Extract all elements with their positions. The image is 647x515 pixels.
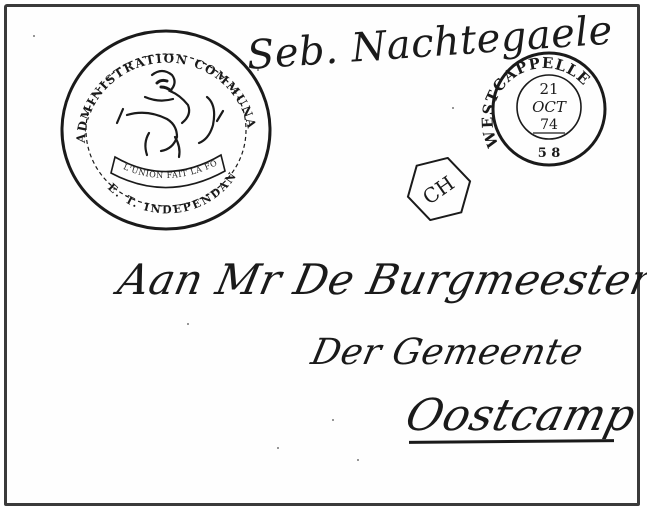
- postmark-graphic: WESTCAPPELLE 21 OCT 74 5 8: [477, 49, 609, 171]
- seal-graphic: ADMINISTRATION COMMUNALE DE KNOCKE E. T.…: [57, 25, 275, 235]
- speck: [452, 107, 454, 109]
- postmark-month: OCT: [532, 98, 567, 116]
- address-underline: [409, 439, 614, 444]
- speck: [277, 447, 279, 449]
- seal-top-text: ADMINISTRATION COMMUNALE DE KNOCKE: [57, 25, 259, 144]
- postmark-code: 5 8: [538, 146, 561, 161]
- postmark-year: 74: [540, 117, 558, 133]
- hexagon-ch-mark: CH: [403, 157, 473, 221]
- postmark-day: 21: [539, 80, 558, 98]
- postmark: WESTCAPPELLE 21 OCT 74 5 8: [477, 49, 609, 171]
- speck: [187, 323, 189, 325]
- lion-icon: [117, 71, 223, 157]
- hexagon-icon: CH: [403, 157, 473, 221]
- address-line-2: Der Gemeente: [308, 332, 587, 373]
- address-line-3: Oostcamp: [401, 390, 641, 441]
- hex-mark-text: CH: [418, 171, 459, 209]
- speck: [33, 35, 35, 37]
- municipal-seal: ADMINISTRATION COMMUNALE DE KNOCKE E. T.…: [57, 25, 275, 235]
- svg-text:L'UNION FAIT LA FORCE: L'UNION FAIT LA FORCE: [57, 25, 219, 180]
- envelope: ADMINISTRATION COMMUNALE DE KNOCKE E. T.…: [4, 4, 640, 506]
- address-line-1: Aan Mr De Burgmeester: [114, 255, 647, 304]
- seal-ribbon-text: L'UNION FAIT LA FORCE: [57, 25, 219, 180]
- speck: [332, 419, 334, 421]
- speck: [357, 459, 359, 461]
- svg-text:ADMINISTRATION COMMUNALE DE KN: ADMINISTRATION COMMUNALE DE KNOCKE: [57, 25, 259, 144]
